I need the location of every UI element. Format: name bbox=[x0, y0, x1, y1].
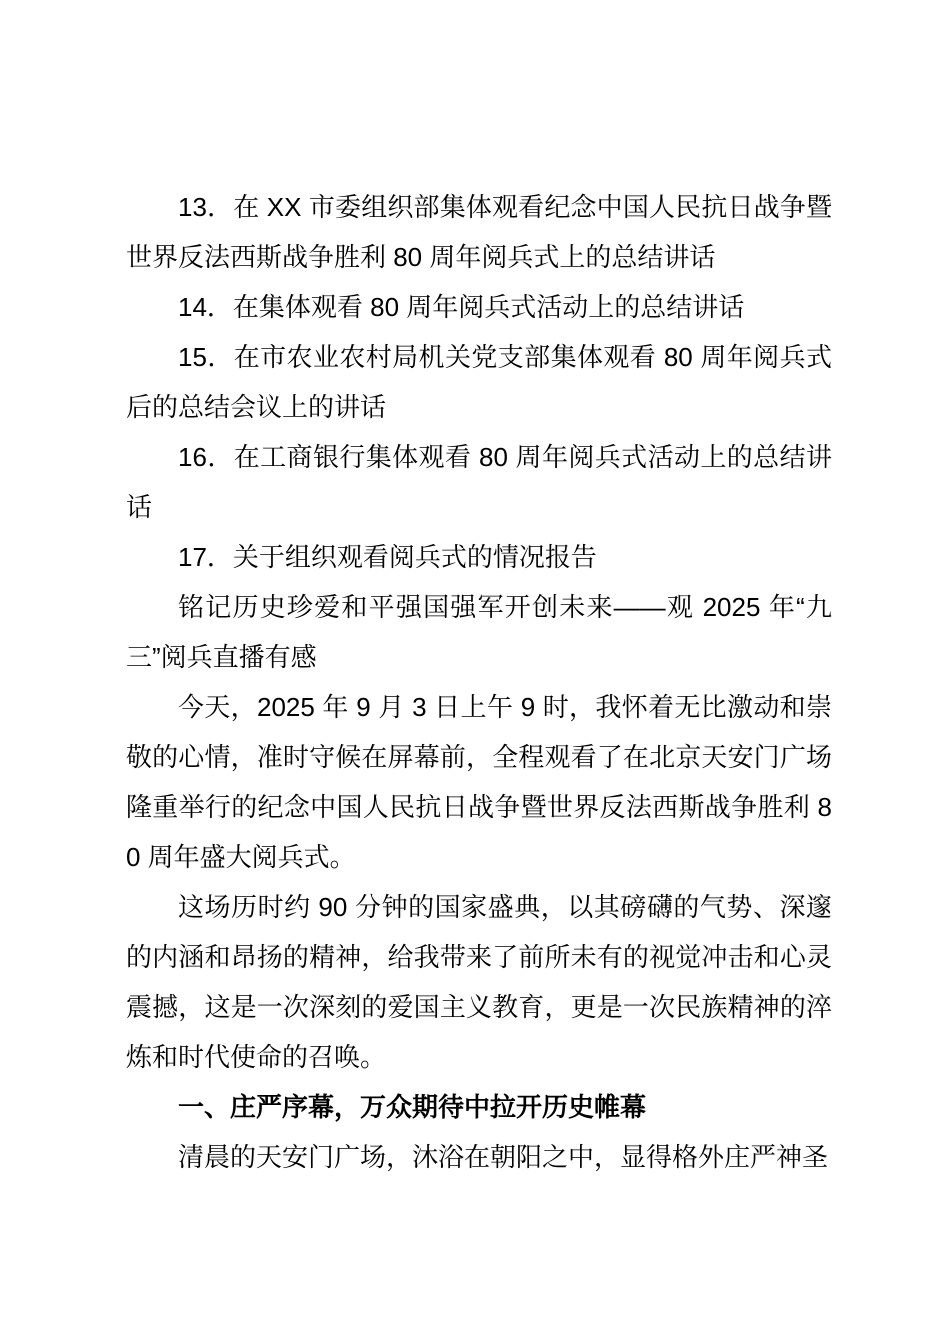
paragraph: 17．关于组织观看阅兵式的情况报告 bbox=[126, 532, 832, 582]
paragraph: 今天，2025 年 9 月 3 日上午 9 时，我怀着无比激动和崇敬的心情，准时… bbox=[126, 682, 832, 882]
paragraph: 铭记历史珍爱和平强国强军开创未来——观 2025 年“九三”阅兵直播有感 bbox=[126, 582, 832, 682]
paragraph: 这场历时约 90 分钟的国家盛典，以其磅礴的气势、深邃的内涵和昂扬的精神，给我带… bbox=[126, 882, 832, 1082]
paragraph: 14．在集体观看 80 周年阅兵式活动上的总结讲话 bbox=[126, 282, 832, 332]
document-content: 13．在 XX 市委组织部集体观看纪念中国人民抗日战争暨世界反法西斯战争胜利 8… bbox=[126, 182, 832, 1182]
paragraph: 15．在市农业农村局机关党支部集体观看 80 周年阅兵式后的总结会议上的讲话 bbox=[126, 332, 832, 432]
paragraph: 清晨的天安门广场，沐浴在朝阳之中，显得格外庄严神圣 bbox=[126, 1132, 832, 1182]
paragraph: 16．在工商银行集体观看 80 周年阅兵式活动上的总结讲话 bbox=[126, 432, 832, 532]
paragraph: 13．在 XX 市委组织部集体观看纪念中国人民抗日战争暨世界反法西斯战争胜利 8… bbox=[126, 182, 832, 282]
document-page: 13．在 XX 市委组织部集体观看纪念中国人民抗日战争暨世界反法西斯战争胜利 8… bbox=[0, 0, 950, 1344]
section-heading: 一、庄严序幕，万众期待中拉开历史帷幕 bbox=[126, 1082, 832, 1132]
